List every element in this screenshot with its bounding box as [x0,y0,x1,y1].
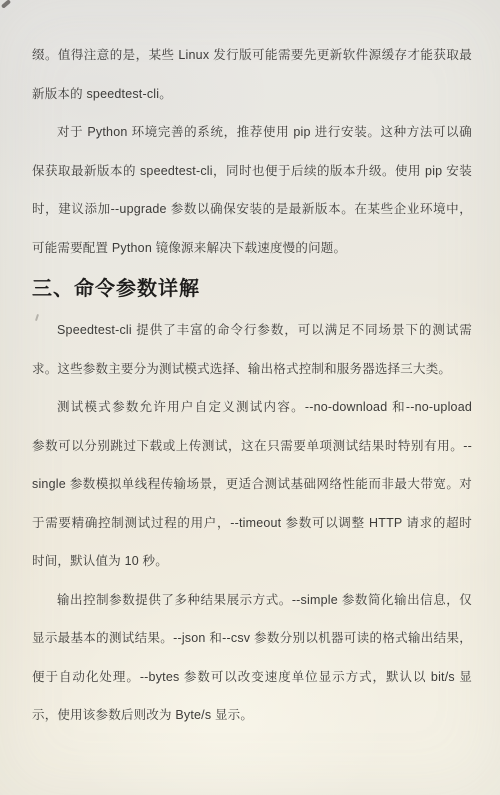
text-line: 时，建议添加--upgrade 参数以确保安装的是最新版本。在某些企业环境中， [32,190,472,229]
text-line: 缀。值得注意的是，某些 Linux 发行版可能需要先更新软件源缓存才能获取最 [32,36,472,75]
text-line: 保获取最新版本的 speedtest-cli，同时也便于后续的版本升级。使用 p… [32,152,472,191]
text-line: 可能需要配置 Python 镜像源来解决下载速度慢的问题。 [32,229,472,268]
document-body: 缀。值得注意的是，某些 Linux 发行版可能需要先更新软件源缓存才能获取最 新… [0,0,500,735]
text-line: 对于 Python 环境完善的系统，推荐使用 pip 进行安装。这种方法可以确 [32,113,472,152]
text-line: 便于自动化处理。--bytes 参数可以改变速度单位显示方式，默认以 bit/s… [32,658,472,697]
text-line: 示，使用该参数后则改为 Byte/s 显示。 [32,696,472,735]
text-line: 输出控制参数提供了多种结果展示方式。--simple 参数简化输出信息，仅 [32,581,472,620]
text-line: single 参数模拟单线程传输场景，更适合测试基础网络性能而非最大带宽。对 [32,465,472,504]
text-line: 参数可以分别跳过下载或上传测试，这在只需要单项测试结果时特别有用。-- [32,427,472,466]
text-line: Speedtest-cli 提供了丰富的命令行参数，可以满足不同场景下的测试需 [32,311,472,350]
text-line: 求。这些参数主要分为测试模式选择、输出格式控制和服务器选择三大类。 [32,350,472,389]
text-line: 于需要精确控制测试过程的用户，--timeout 参数可以调整 HTTP 请求的… [32,504,472,543]
text-line: 时间，默认值为 10 秒。 [32,542,472,581]
document-page: 缀。值得注意的是，某些 Linux 发行版可能需要先更新软件源缓存才能获取最 新… [0,0,500,795]
text-line: 测试模式参数允许用户自定义测试内容。--no-download 和--no-up… [32,388,472,427]
section-heading: 三、命令参数详解 [32,267,472,311]
text-line: 新版本的 speedtest-cli。 [32,75,472,114]
text-line: 显示最基本的测试结果。--json 和--csv 参数分别以机器可读的格式输出结… [32,619,472,658]
